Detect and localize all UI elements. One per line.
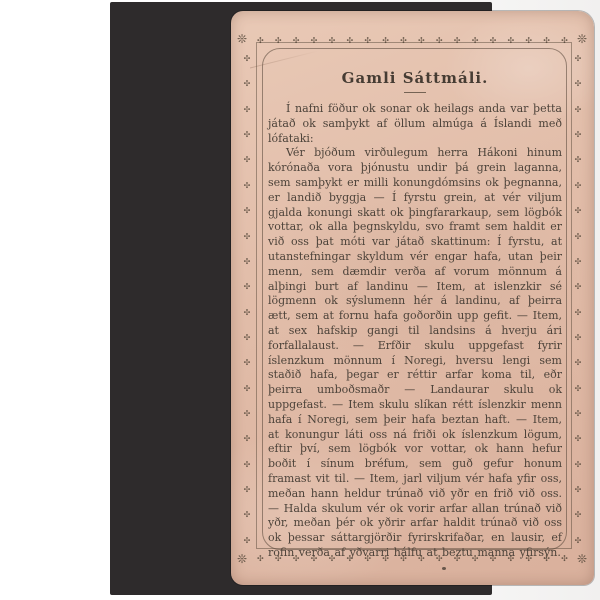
corner-ornament-icon: ❊ [237,553,247,565]
corner-ornament-icon: ❊ [577,553,587,565]
dark-backdrop: ❊ ❊ ❊ ❊ ✣✣✣✣✣✣✣✣✣✣✣✣✣✣✣✣✣✣ ✣✣✣✣✣✣✣✣✣✣✣✣✣… [110,2,492,595]
document-title: Gamli Sáttmáli. [268,69,562,87]
paper-speck [442,567,446,570]
corner-ornament-icon: ❊ [237,33,247,45]
right-border-ornaments: ✣✣✣✣✣✣✣✣✣✣✣✣✣✣✣✣✣✣✣✣ [573,55,583,545]
opening-paragraph: Í nafni föður ok sonar ok heilags anda v… [268,102,562,146]
postcard: ❊ ❊ ❊ ❊ ✣✣✣✣✣✣✣✣✣✣✣✣✣✣✣✣✣✣ ✣✣✣✣✣✣✣✣✣✣✣✣✣… [231,11,594,585]
photo-background: ❊ ❊ ❊ ❊ ✣✣✣✣✣✣✣✣✣✣✣✣✣✣✣✣✣✣ ✣✣✣✣✣✣✣✣✣✣✣✣✣… [0,0,600,600]
body-paragraph: Vér bjóðum virðulegum herra Hákoni hinum… [268,146,562,560]
document-content: Gamli Sáttmáli. Í nafni föður ok sonar o… [268,61,562,543]
left-border-ornaments: ✣✣✣✣✣✣✣✣✣✣✣✣✣✣✣✣✣✣✣✣ [242,55,252,545]
title-rule [404,92,426,93]
corner-ornament-icon: ❊ [577,33,587,45]
